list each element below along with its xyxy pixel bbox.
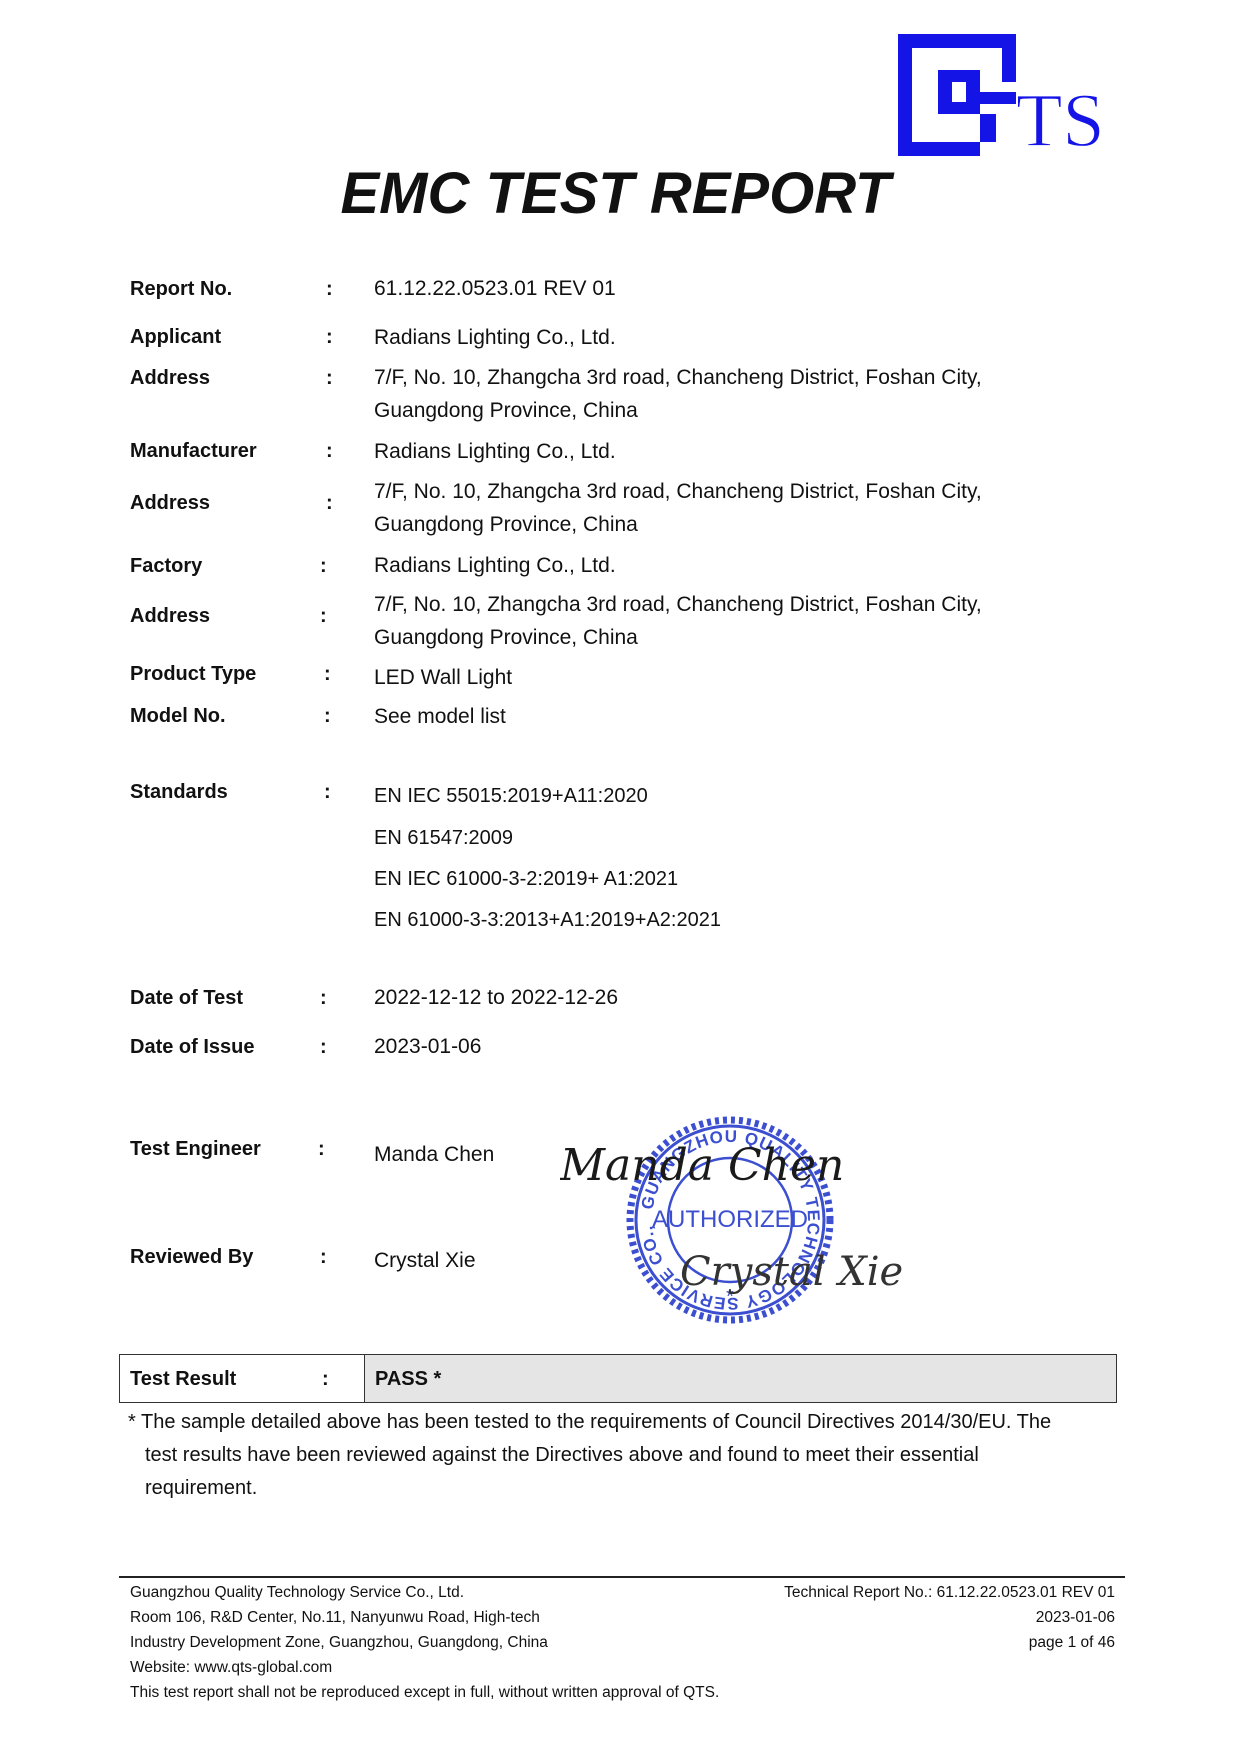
footer-tech-report-no: Technical Report No.: 61.12.22.0523.01 R… bbox=[784, 1580, 1115, 1605]
footer-website: Website: www.qts-global.com bbox=[130, 1655, 719, 1680]
note-line: test results have been reviewed against … bbox=[128, 1439, 1108, 1472]
test-engineer-label: Test Engineer bbox=[130, 1138, 261, 1161]
manufacturer-address-label: Address bbox=[130, 492, 210, 515]
colon: : bbox=[320, 555, 327, 578]
standard-item: EN IEC 55015:2019+A11:2020 bbox=[374, 780, 648, 813]
qts-logo-icon: TS bbox=[898, 34, 1118, 156]
colon: : bbox=[320, 605, 327, 628]
company-stamp: GUANGZHOU QUALITY TECHNOLOGY SERVICE CO.… bbox=[560, 1100, 920, 1340]
test-engineer-value: Manda Chen bbox=[374, 1138, 494, 1171]
model-no-value: See model list bbox=[374, 700, 506, 733]
signature-crystal-xie: Crystal Xie bbox=[680, 1249, 903, 1295]
page-title: EMC TEST REPORT bbox=[0, 160, 1241, 227]
product-type-value: LED Wall Light bbox=[374, 661, 512, 694]
colon: : bbox=[324, 663, 331, 686]
standards-label: Standards bbox=[130, 781, 228, 804]
footer-report-info: Technical Report No.: 61.12.22.0523.01 R… bbox=[784, 1580, 1115, 1655]
authorized-seal-icon: GUANGZHOU QUALITY TECHNOLOGY SERVICE CO.… bbox=[560, 1100, 920, 1340]
date-of-test-label: Date of Test bbox=[130, 987, 243, 1010]
footer-divider bbox=[119, 1576, 1125, 1578]
reviewed-by-label: Reviewed By bbox=[130, 1246, 253, 1269]
model-no-label: Model No. bbox=[130, 705, 226, 728]
manufacturer-address-line2: Guangdong Province, China bbox=[374, 508, 638, 541]
standard-item: EN 61547:2009 bbox=[374, 822, 513, 855]
factory-label: Factory bbox=[130, 555, 202, 578]
standard-item: EN 61000-3-3:2013+A1:2019+A2:2021 bbox=[374, 904, 721, 937]
test-result-value: PASS * bbox=[375, 1368, 441, 1391]
factory-address-line2: Guangdong Province, China bbox=[374, 621, 638, 654]
footer-disclaimer: This test report shall not be reproduced… bbox=[130, 1680, 719, 1705]
colon: : bbox=[326, 492, 333, 515]
test-result-label: Test Result bbox=[130, 1368, 236, 1391]
applicant-address-line1: 7/F, No. 10, Zhangcha 3rd road, Chanchen… bbox=[374, 361, 982, 394]
note-line: * The sample detailed above has been tes… bbox=[128, 1406, 1108, 1439]
result-note: * The sample detailed above has been tes… bbox=[128, 1406, 1108, 1505]
report-no-value: 61.12.22.0523.01 REV 01 bbox=[374, 272, 616, 305]
qts-logo: TS bbox=[898, 34, 1118, 156]
test-result-value-cell: PASS * bbox=[365, 1355, 1116, 1402]
applicant-label: Applicant bbox=[130, 326, 221, 349]
colon: : bbox=[326, 440, 333, 463]
footer-page-number: page 1 of 46 bbox=[784, 1630, 1115, 1655]
footer-company: Guangzhou Quality Technology Service Co.… bbox=[130, 1580, 719, 1605]
svg-text:AUTHORIZED: AUTHORIZED bbox=[652, 1206, 808, 1233]
factory-address-line1: 7/F, No. 10, Zhangcha 3rd road, Chanchen… bbox=[374, 588, 982, 621]
colon: : bbox=[326, 367, 333, 390]
reviewed-by-value: Crystal Xie bbox=[374, 1244, 476, 1277]
colon: : bbox=[320, 1036, 327, 1059]
note-line: requirement. bbox=[128, 1472, 1108, 1505]
factory-address-label: Address bbox=[130, 605, 210, 628]
applicant-value: Radians Lighting Co., Ltd. bbox=[374, 321, 616, 354]
footer-address-2: Industry Development Zone, Guangzhou, Gu… bbox=[130, 1630, 719, 1655]
test-result-label-cell: Test Result : bbox=[120, 1355, 365, 1402]
report-no-label: Report No. bbox=[130, 278, 232, 301]
date-of-issue-label: Date of Issue bbox=[130, 1036, 254, 1059]
colon: : bbox=[318, 1138, 325, 1161]
standard-item: EN IEC 61000-3-2:2019+ A1:2021 bbox=[374, 863, 678, 896]
manufacturer-label: Manufacturer bbox=[130, 440, 257, 463]
colon: : bbox=[326, 278, 333, 301]
date-of-issue-value: 2023-01-06 bbox=[374, 1030, 481, 1063]
product-type-label: Product Type bbox=[130, 663, 256, 686]
date-of-test-value: 2022-12-12 to 2022-12-26 bbox=[374, 981, 618, 1014]
colon: : bbox=[322, 1368, 329, 1391]
applicant-address-label: Address bbox=[130, 367, 210, 390]
footer-date: 2023-01-06 bbox=[784, 1605, 1115, 1630]
colon: : bbox=[320, 1246, 327, 1269]
test-result-box: Test Result : PASS * bbox=[119, 1354, 1117, 1403]
svg-text:TS: TS bbox=[1016, 79, 1105, 156]
colon: : bbox=[324, 705, 331, 728]
signature-manda-chen: Manda Chen bbox=[560, 1140, 844, 1191]
footer-address-1: Room 106, R&D Center, No.11, Nanyunwu Ro… bbox=[130, 1605, 719, 1630]
manufacturer-value: Radians Lighting Co., Ltd. bbox=[374, 435, 616, 468]
manufacturer-address-line1: 7/F, No. 10, Zhangcha 3rd road, Chanchen… bbox=[374, 475, 982, 508]
colon: : bbox=[320, 987, 327, 1010]
colon: : bbox=[324, 781, 331, 804]
applicant-address-line2: Guangdong Province, China bbox=[374, 394, 638, 427]
colon: : bbox=[326, 326, 333, 349]
footer-company-info: Guangzhou Quality Technology Service Co.… bbox=[130, 1580, 719, 1705]
factory-value: Radians Lighting Co., Ltd. bbox=[374, 549, 616, 582]
